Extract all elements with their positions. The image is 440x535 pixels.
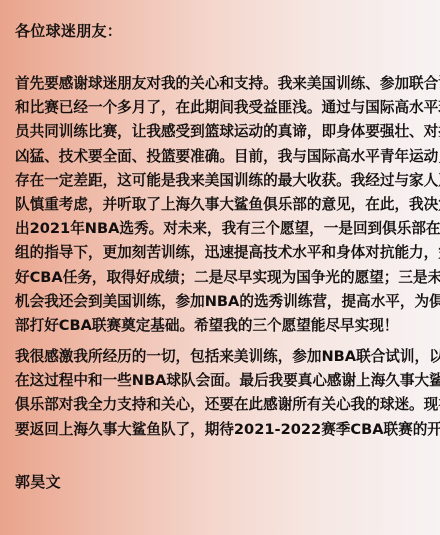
paragraph-line: 好CBA任务，取得好成绩；二是尽早实现为国争光的愿望；三是未来有 bbox=[15, 266, 429, 290]
paragraph-line: 队慎重考虑，并听取了上海久事大鲨鱼俱乐部的意见，在此，我决定退 bbox=[15, 193, 429, 217]
paragraph-line: 首先要感谢球迷朋友对我的关心和支持。我来美国训练、参加联合试训 bbox=[15, 72, 429, 96]
paragraph-line: 部打好CBA联赛奠定基础。希望我的三个愿望能尽早实现！ bbox=[15, 314, 429, 338]
paragraph-line: 组的指导下，更加刻苦训练，迅速提高技术水平和身体对抗能力，完成 bbox=[15, 241, 429, 265]
paragraph-line: 和比赛已经一个多月了，在此期间我受益匪浅。通过与国际高水平球 bbox=[15, 96, 429, 120]
paragraph-1: 首先要感谢球迷朋友对我的关心和支持。我来美国训练、参加联合试训 和比赛已经一个多… bbox=[15, 72, 429, 338]
paragraph-line: 存在一定差距，这可能是我来美国训练的最大收获。我经过与家人及团 bbox=[15, 169, 429, 193]
paragraph-line: 员共同训练比赛，让我感受到篮球运动的真谛，即身体要强壮、对抗要 bbox=[15, 120, 429, 144]
paragraph-line: 在这过程中和一些NBA球队会面。最后我要真心感谢上海久事大鲨鱼 bbox=[15, 369, 429, 393]
paragraph-line: 机会我还会到美国训练，参加NBA的选秀训练营，提高水平，为俱乐 bbox=[15, 290, 429, 314]
paragraph-line: 要返回上海久事大鲨鱼队了，期待2021-2022赛季CBA联赛的开始。 bbox=[15, 418, 429, 442]
paragraph-line: 我很感激我所经历的一切，包括来美训练，参加NBA联合试训，以及 bbox=[15, 345, 429, 369]
paragraph-line: 凶猛、技术要全面、投篮要准确。目前，我与国际高水平青年运动员还 bbox=[15, 145, 429, 169]
paragraph-2: 我很感激我所经历的一切，包括来美训练，参加NBA联合试训，以及 在这过程中和一些… bbox=[15, 345, 429, 442]
letter-signature: 郭昊文 bbox=[15, 471, 61, 492]
paragraph-line: 出2021年NBA选秀。对未来，我有三个愿望，一是回到俱乐部在教练 bbox=[15, 217, 429, 241]
letter-greeting: 各位球迷朋友： bbox=[15, 20, 122, 41]
paragraph-line: 俱乐部对我全力支持和关心，还要在此感谢所有关心我的球迷。现在我 bbox=[15, 393, 429, 417]
